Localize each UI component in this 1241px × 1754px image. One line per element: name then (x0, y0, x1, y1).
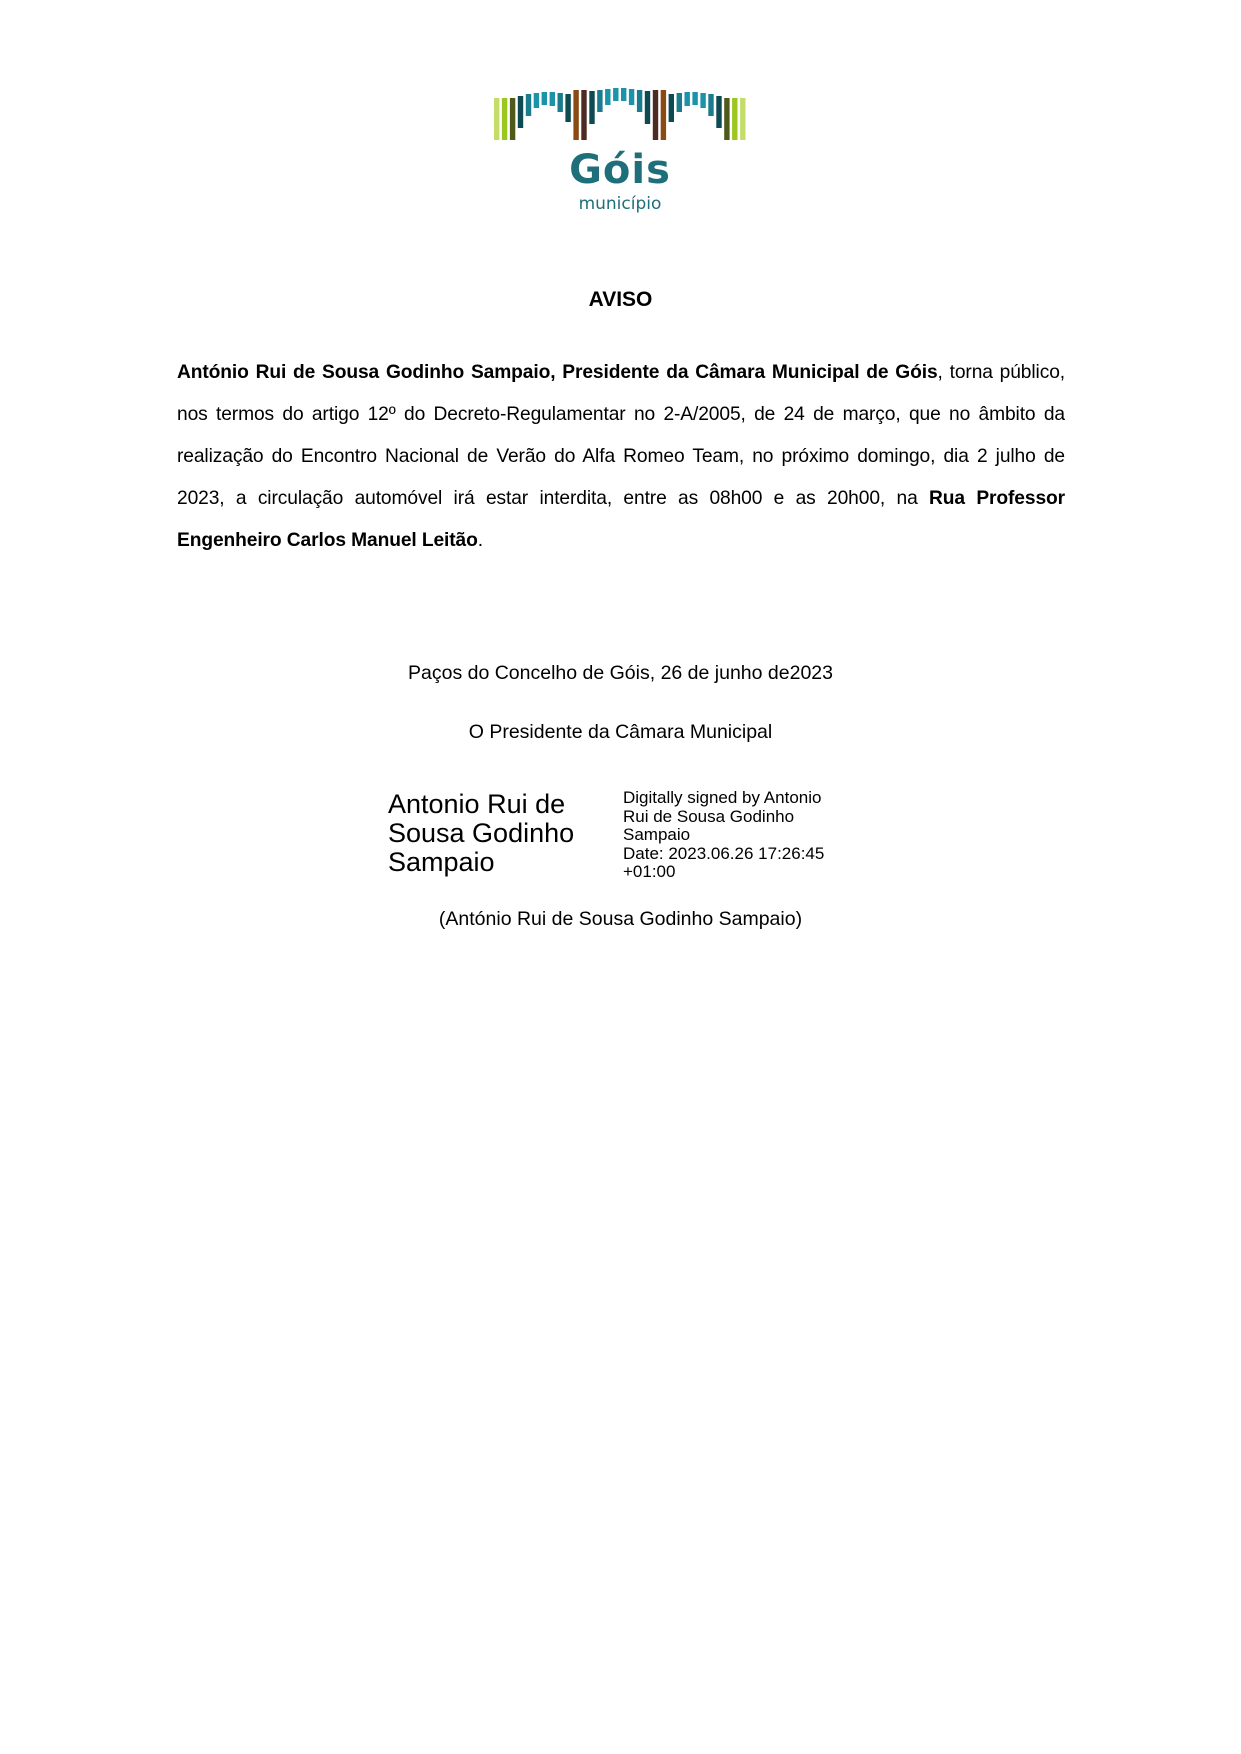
place-date: Paços do Concelho de Góis, 26 de junho d… (0, 662, 1241, 685)
signature-name: Antonio Rui de Sousa Godinho Sampaio (388, 790, 603, 877)
municipality-logo: Góis município (493, 88, 747, 212)
notice-text: , torna público, nos termos do artigo 12… (177, 362, 1065, 509)
signature-name-line: Antonio Rui de (388, 790, 603, 819)
printed-name: (António Rui de Sousa Godinho Sampaio) (0, 908, 1241, 931)
notice-end: . (478, 530, 483, 551)
signature-detail-line: +01:00 (623, 863, 863, 882)
signature-detail-line: Sampaio (623, 826, 863, 845)
issuer-name: António Rui de Sousa Godinho Sampaio, Pr… (177, 362, 938, 383)
signature-detail-line: Date: 2023.06.26 17:26:45 (623, 845, 863, 864)
notice-body: António Rui de Sousa Godinho Sampaio, Pr… (177, 352, 1065, 562)
document-title: AVISO (0, 288, 1241, 312)
signature-detail-line: Rui de Sousa Godinho (623, 808, 863, 827)
logo-name: Góis (493, 150, 747, 190)
signer-role: O Presidente da Câmara Municipal (0, 721, 1241, 744)
bridge-arches-icon (493, 88, 747, 144)
digital-signature-details: Digitally signed by Antonio Rui de Sousa… (623, 789, 863, 882)
logo-subtitle: município (493, 196, 747, 213)
signature-name-line: Sampaio (388, 848, 603, 877)
signature-detail-line: Digitally signed by Antonio (623, 789, 863, 808)
signature-name-line: Sousa Godinho (388, 819, 603, 848)
